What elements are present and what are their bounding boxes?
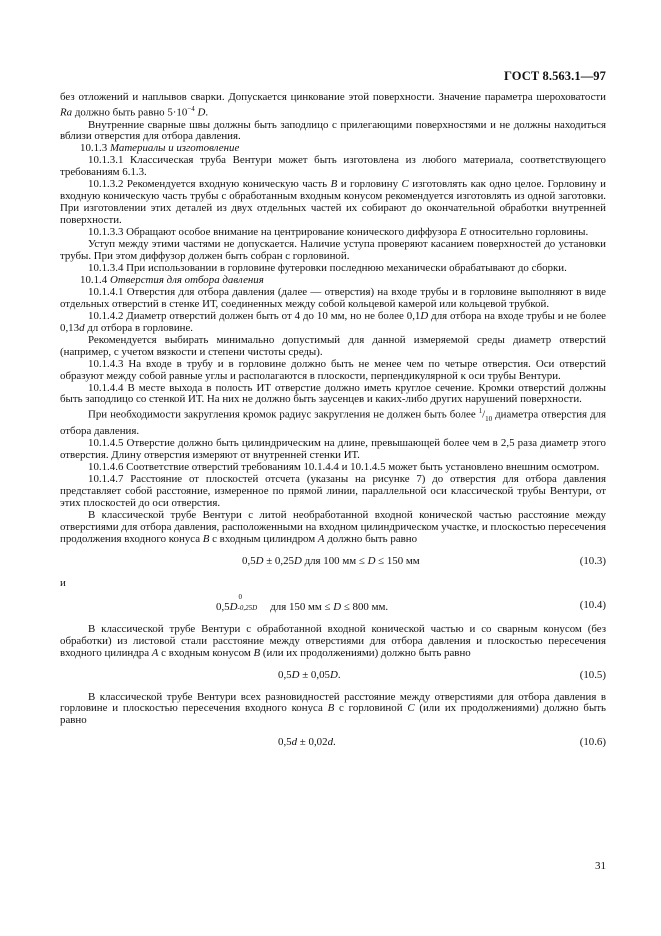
paragraph-10-1-4-4: 10.1.4.4 В месте выхода в полость ИТ отв… [60, 383, 606, 407]
paragraph-10-1-3-1: 10.1.3.1 Классическая труба Вентури може… [60, 155, 606, 179]
document-body: без отложений и наплывов сварки. Допуска… [60, 92, 606, 749]
formula-10-4: 0,5D0-0,25D для 150 мм ≤ D ≤ 800 мм. (10… [60, 600, 606, 612]
paragraph-rounding: При необходимости закругления кромок рад… [60, 406, 606, 438]
paragraph-10-1-4-1: 10.1.4.1 Отверстия для отбора давления (… [60, 287, 606, 311]
formula-number: (10.5) [580, 670, 606, 682]
formula-number: (10.6) [580, 737, 606, 749]
formula-10-5: 0,5D ± 0,05D. (10.5) [60, 670, 606, 682]
formula-10-6: 0,5d ± 0,02d. (10.6) [60, 737, 606, 749]
formula-number: (10.3) [580, 556, 606, 568]
paragraph-cast-venturi: В классической трубе Вентури с литой нео… [60, 510, 606, 546]
formula-10-3: 0,5D ± 0,25D для 100 мм ≤ D ≤ 150 мм (10… [60, 556, 606, 568]
conjunction-and: и [60, 578, 606, 590]
paragraph-step: Уступ между этими частями не допускается… [60, 239, 606, 263]
document-code-header: ГОСТ 8.563.1—97 [504, 69, 606, 84]
page-number: 31 [595, 860, 606, 872]
paragraph-welds: Внутренние сварные швы должны быть запод… [60, 120, 606, 144]
paragraph-recommendation: Рекомендуется выбирать минимально допуст… [60, 335, 606, 359]
paragraph-surface: без отложений и наплывов сварки. Допуска… [60, 92, 606, 120]
paragraph-10-1-4-3: 10.1.4.3 На входе в трубу и в горловине … [60, 359, 606, 383]
paragraph-machined-venturi: В классической трубе Вентури с обработан… [60, 624, 606, 660]
formula-number: (10.4) [580, 600, 606, 612]
paragraph-all-venturi: В классической трубе Вентури всех разнов… [60, 692, 606, 728]
paragraph-10-1-4-7: 10.1.4.7 Расстояние от плоскостей отсчет… [60, 474, 606, 510]
paragraph-10-1-3-2: 10.1.3.2 Рекомендуется входную коническу… [60, 179, 606, 227]
paragraph-10-1-4-5: 10.1.4.5 Отверстие должно быть цилиндрич… [60, 438, 606, 462]
paragraph-10-1-4-2: 10.1.4.2 Диаметр отверстий должен быть о… [60, 311, 606, 335]
